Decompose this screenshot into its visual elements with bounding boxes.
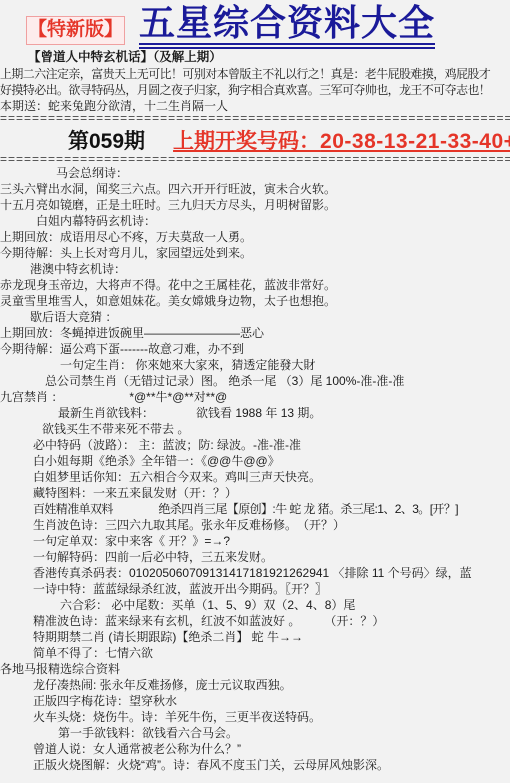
text-line: 上期二六注定亲，富贵天上无可比！可别对本曾版主不礼以行之！真是：老牛屁股难摸，鸡… (0, 66, 510, 82)
text-line: 白姐梦里话你知：五六相合今双来。鸡叫三声天快亮。 (0, 469, 510, 485)
text-line: 正版火烧图解：火烧“鸡”。诗：春风不度玉门关，云母屏风烛影深。 (0, 757, 510, 773)
text-line: 歇后语大竞猜 ： (0, 309, 510, 325)
text-line: 必中特码（波路）： 主：蓝波；防: 绿波。-准-准-准 (0, 437, 510, 453)
text-line: 六合彩： 必中尾数：买单（1、5、9）双（2、4、8）尾 (0, 597, 510, 613)
last-draw-numbers: 20-38-13-21-33-40+31 (320, 130, 510, 153)
text-line: 好摸特必出。欲寻特码丛，月圆之夜子归家，狗字相合真欢喜。三军可夺帅也，龙王不可夺… (0, 82, 510, 98)
text-line: 三头六臂出水洞，闻奖三六点。四六开开行旺波，寅未合火软。 (0, 181, 510, 197)
text-line: 龙仔凑热闹: 张永年反难扬修，庞士元议取西独。 (0, 677, 510, 693)
text-line: 白小姐每期《绝杀》全年错一：《@@牛@@》 (0, 453, 510, 469)
text-line: 今期待解：逼公鸡下蛋-------故意刁难，办不到 (0, 341, 510, 357)
text-line: 火车头烧：烧伤牛。诗：羊死牛伤，三更半夜送特码。 (0, 709, 510, 725)
text-line: 白姐内幕特码玄机诗： (0, 213, 510, 229)
page-header: 【特新版】 五星综合资料大全 (0, 0, 510, 49)
text-line: 总公司禁生肖（无错过记录）图。 绝杀一尾 （3）尾 100%-准-准-准 (0, 373, 510, 389)
text-line: 欲钱买生不带来死不带去 。 (0, 421, 510, 437)
issue-row: 第059期 上期开奖号码：20-38-13-21-33-40+31 (0, 124, 510, 155)
page-title: 五星综合资料大全 (139, 4, 435, 49)
text-line: 灵童雪里堆雪人，如意姐妹花。美女嫦娥身边物，太子也想抱。 (0, 293, 510, 309)
text-line: 最新生肖欲钱料： 欲钱看 1988 年 13 期。 (0, 405, 510, 421)
text-line: 本期送：蛇来兔跑分欲清，十二生肖隔一人 (0, 98, 510, 114)
separator-top: ========================================… (0, 114, 510, 124)
text-line: 精准波色诗：蓝来绿来有玄机，红波不如蓝波好 。 （开：？） (0, 613, 510, 629)
text-line: 上期回放：成语用尽心不疼，万夫莫敌一人勇。 (0, 229, 510, 245)
text-line: 第一手欲钱料：欲钱看六合马会。 (0, 725, 510, 741)
text-line: 十五月亮如镜磨，正是土旺时。三九归天方尽头，月明树留影。 (0, 197, 510, 213)
last-draw: 上期开奖号码：20-38-13-21-33-40+31 (173, 125, 510, 155)
text-line: 上期回放：冬蝇掉进饭碗里————————恶心 (0, 325, 510, 341)
issue-number: 第059期 (68, 125, 145, 155)
text-line: 正版四字梅花诗：望穿秋水 (0, 693, 510, 709)
text-line: 生肖波色诗：三四六九取其尾。张永年反难杨修。 （开？） (0, 517, 510, 533)
text-line: 一诗中特：蓝蓝绿绿杀红波，蓝波开出今期码。〖开？〗 (0, 581, 510, 597)
text-line: 百姓精准单双料 绝杀四肖三尾【原创】:牛 蛇 龙 猪。杀三尾:1、2、3。[开？… (0, 501, 510, 517)
text-line: 马会总纲诗： (0, 165, 510, 181)
text-line: 今期待解：头上长对弯月儿，家园望远处到来。 (0, 245, 510, 261)
text-line: 一句定单双：家中来客《 开？》=→? (0, 533, 510, 549)
intro-lines: 上期二六注定亲，富贵天上无可比！可别对本曾版主不礼以行之！真是：老牛屁股难摸，鸡… (0, 66, 510, 114)
text-line: 九宫禁肖 ： *@**牛*@**对**@ (0, 389, 510, 405)
body-lines: 马会总纲诗：三头六臂出水洞，闻奖三六点。四六开开行旺波，寅未合火软。十五月亮如镜… (0, 165, 510, 773)
page: 【特新版】 五星综合资料大全 【曾道人中特玄机话】（及解上期） 上期二六注定亲，… (0, 0, 510, 773)
text-line: 特期期禁二肖 (请长期跟踪)【绝杀二肖】 蛇 牛→→ (0, 629, 510, 645)
text-line: 港澳中特玄机诗： (0, 261, 510, 277)
text-line: 香港传真杀码表：010205060709131417181921262941 〈… (0, 565, 510, 581)
text-line: 藏特图料：一来五来鼠发财（开：？） (0, 485, 510, 501)
text-line: 一句解特码：四前一后必中特，三五来发财。 (0, 549, 510, 565)
edition-badge: 【特新版】 (26, 16, 125, 45)
last-draw-label: 上期开奖号码： (173, 130, 320, 153)
text-line: 赤龙现身玉帝边，大将声不得。花中之王属桂花，蓝波非常好。 (0, 277, 510, 293)
text-line: 各地马报精选综合资料 (0, 661, 510, 677)
text-line: 曾道人说：女人通常被老公称为什么？” (0, 741, 510, 757)
subtitle: 【曾道人中特玄机话】（及解上期） (0, 49, 510, 66)
text-line: 一句定生肖： 你來她來大家來，猜透定能發大財 (0, 357, 510, 373)
text-line: 简单不得了：七情六欲 (0, 645, 510, 661)
separator-bottom: ========================================… (0, 155, 510, 165)
